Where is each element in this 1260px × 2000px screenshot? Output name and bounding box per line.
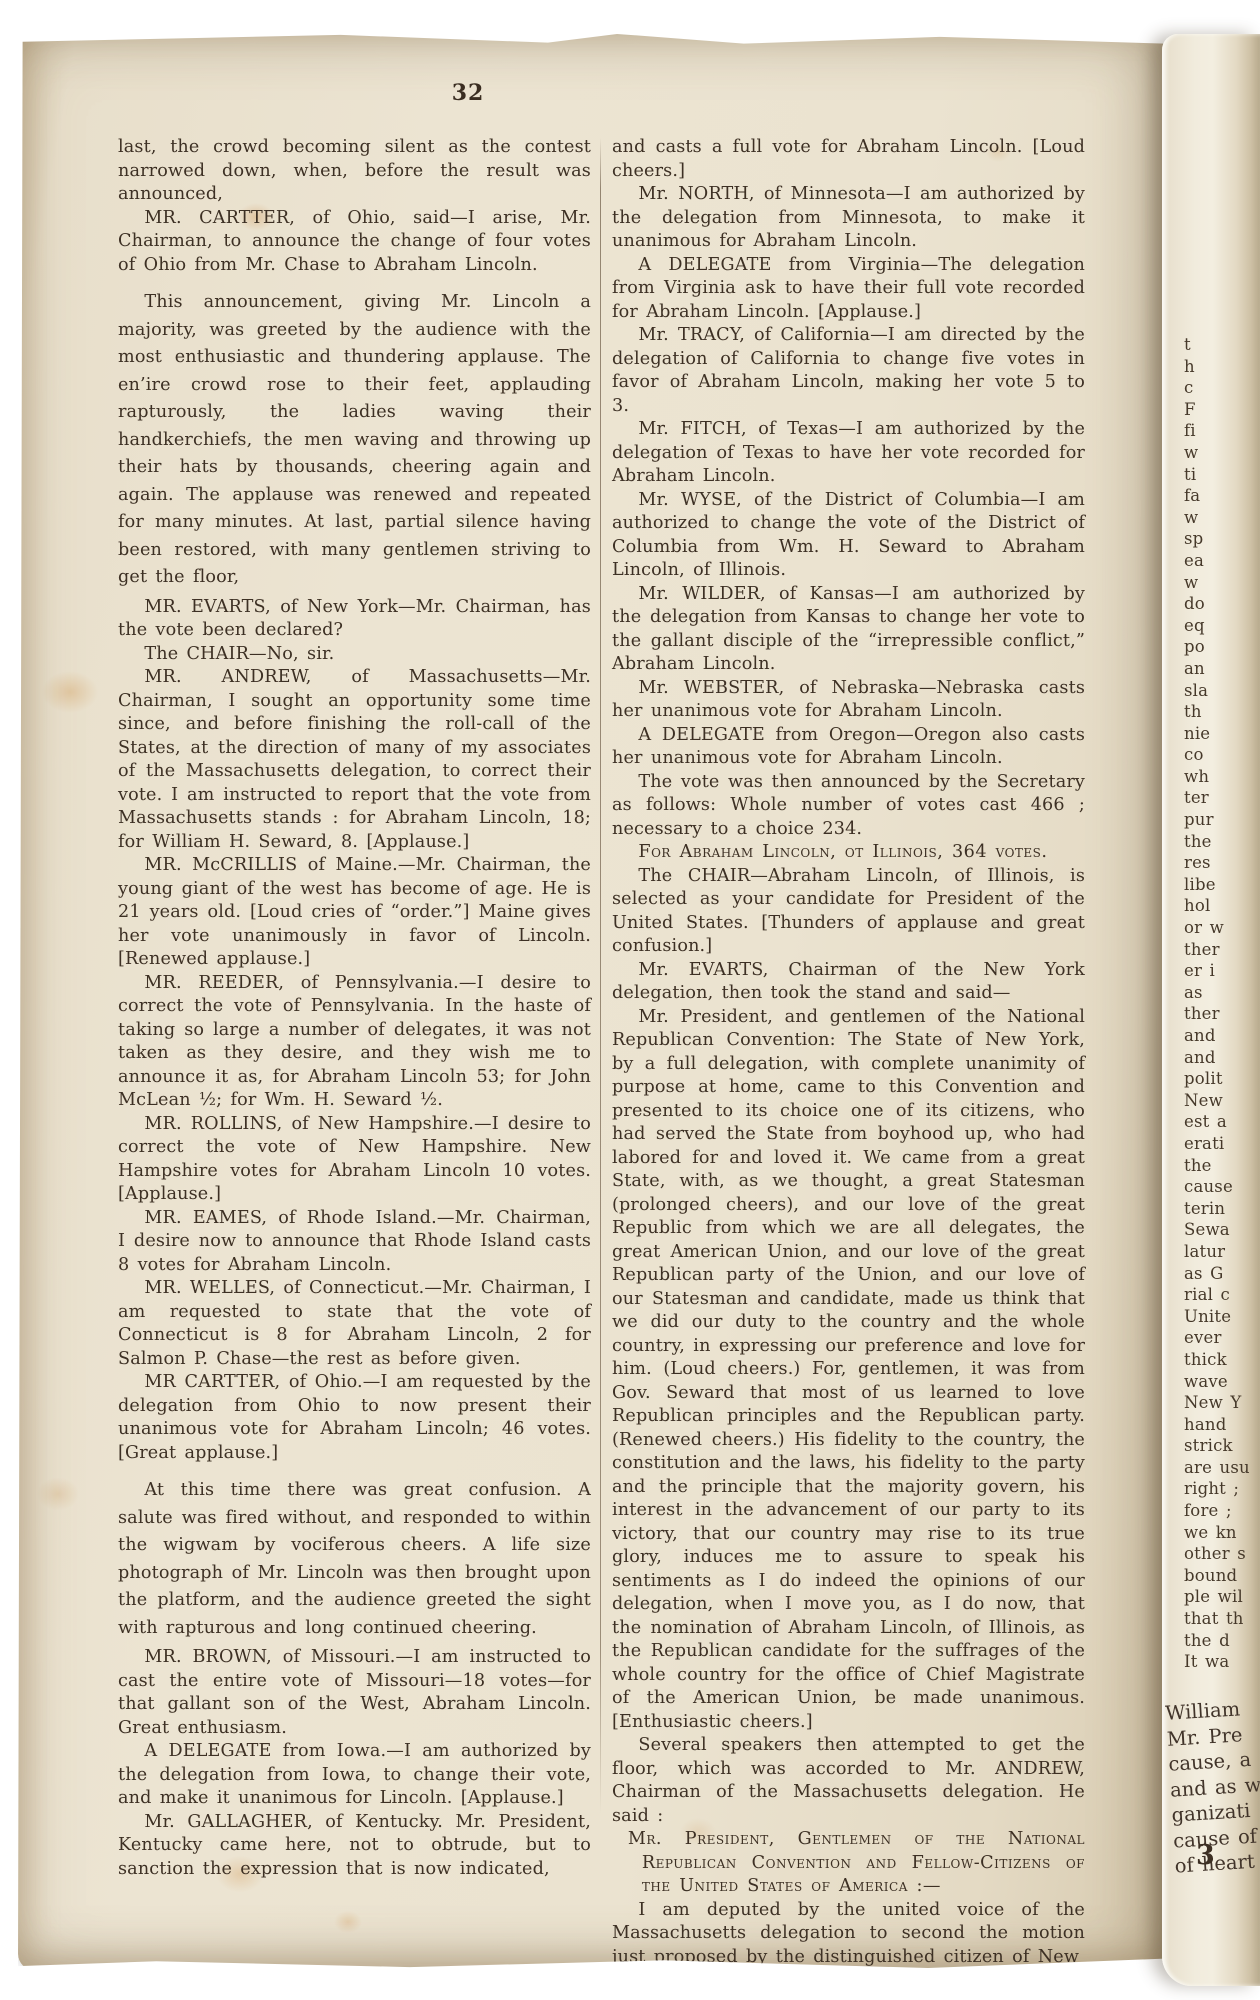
paragraph: MR. BROWN, of Missouri.—I am instructed … bbox=[118, 1646, 591, 1740]
text-fragment: erati bbox=[1184, 1133, 1258, 1155]
scanned-document: { "page": { "number": "32", "signature":… bbox=[0, 0, 1260, 2000]
text-fragment: terin bbox=[1184, 1198, 1258, 1220]
text-fragment: New Y bbox=[1184, 1392, 1258, 1414]
text-fragment: t bbox=[1184, 334, 1258, 356]
paragraph: Mr. TRACY, of California—I am directed b… bbox=[612, 324, 1085, 418]
paragraph: Mr. WILDER, of Kansas—I am authorized by… bbox=[612, 583, 1085, 677]
text-fragment: fa bbox=[1184, 485, 1258, 507]
paragraph: Mr. EVARTS, Chairman of the New York del… bbox=[612, 959, 1085, 1006]
text-fragment: ever bbox=[1184, 1327, 1258, 1349]
text-fragment: ther bbox=[1184, 1003, 1258, 1025]
text-fragment: F bbox=[1184, 399, 1258, 421]
paragraph: A DELEGATE from Virginia—The delegation … bbox=[612, 254, 1085, 325]
text-fragment: th bbox=[1184, 701, 1258, 723]
text-fragment: or w bbox=[1184, 917, 1258, 939]
text-fragment: the bbox=[1184, 1155, 1258, 1177]
text-fragment: pur bbox=[1184, 809, 1258, 831]
paragraph: MR. McCRILLIS of Maine.—Mr. Chairman, th… bbox=[118, 854, 591, 972]
text-fragment: cause bbox=[1184, 1176, 1258, 1198]
text-fragment: co bbox=[1184, 744, 1258, 766]
text-fragment: right ; bbox=[1184, 1478, 1258, 1500]
paragraph: and casts a full vote for Abraham Lincol… bbox=[612, 136, 1085, 183]
paragraph: Mr. President, Gentlemen of the National… bbox=[612, 1828, 1085, 1899]
text-fragment: res bbox=[1184, 852, 1258, 874]
book-page: 32 last, the crowd becoming silent as th… bbox=[18, 32, 1170, 1970]
text-fragment: polit bbox=[1184, 1068, 1258, 1090]
paragraph: Mr. WEBSTER, of Nebraska—Nebraska casts … bbox=[612, 677, 1085, 724]
column-divider bbox=[600, 138, 601, 1814]
paragraph: The vote was then announced by the Secre… bbox=[612, 771, 1085, 842]
next-page-edge: thcFfiwtifawspeawdoeqpoanslathniecowhter… bbox=[1162, 34, 1260, 1986]
paragraph: MR. REEDER, of Pennsylvania.—I desire to… bbox=[118, 972, 591, 1113]
text-fragment: sla bbox=[1184, 680, 1258, 702]
text-fragment: Sewa bbox=[1184, 1219, 1258, 1241]
left-column: last, the crowd becoming silent as the c… bbox=[118, 136, 591, 1881]
text-fragment: fore ; bbox=[1184, 1500, 1258, 1522]
page-number: 32 bbox=[418, 80, 518, 106]
text-fragment: the bbox=[1184, 831, 1258, 853]
right-column: and casts a full vote for Abraham Lincol… bbox=[612, 136, 1085, 1969]
text-fragment: of heart bbox=[1174, 1848, 1260, 1879]
paragraph: Mr. WYSE, of the District of Columbia—I … bbox=[612, 489, 1085, 583]
paragraph: MR. ANDREW, of Massachusetts—Mr. Chairma… bbox=[118, 666, 591, 854]
text-fragment: ter bbox=[1184, 787, 1258, 809]
text-fragment: that th bbox=[1184, 1608, 1258, 1630]
text-fragment: as G bbox=[1184, 1263, 1258, 1285]
text-fragment: and bbox=[1184, 1025, 1258, 1047]
paragraph: This announcement, giving Mr. Lincoln a … bbox=[118, 289, 591, 592]
text-fragment: eq bbox=[1184, 615, 1258, 637]
text-fragment: Unite bbox=[1184, 1306, 1258, 1328]
text-fragment: er i bbox=[1184, 960, 1258, 982]
text-fragment: rial c bbox=[1184, 1284, 1258, 1306]
text-fragment: do bbox=[1184, 593, 1258, 615]
text-fragment: ple wil bbox=[1184, 1586, 1258, 1608]
text-fragment: wh bbox=[1184, 766, 1258, 788]
text-fragment: other s bbox=[1184, 1543, 1258, 1565]
paragraph: A DELEGATE from Iowa.—I am authorized by… bbox=[118, 1740, 591, 1811]
text-fragment: c bbox=[1184, 377, 1258, 399]
paragraph: MR. EVARTS, of New York—Mr. Chairman, ha… bbox=[118, 596, 591, 643]
text-fragment: bound bbox=[1184, 1565, 1258, 1587]
text-fragment: and bbox=[1184, 1047, 1258, 1069]
text-fragment: est a bbox=[1184, 1111, 1258, 1133]
paragraph: Mr. FITCH, of Texas—I am authorized by t… bbox=[612, 418, 1085, 489]
paragraph: last, the crowd becoming silent as the c… bbox=[118, 136, 591, 207]
paragraph: MR CARTTER, of Ohio.—I am requested by t… bbox=[118, 1371, 591, 1465]
text-fragment: ther bbox=[1184, 939, 1258, 961]
text-fragment: nie bbox=[1184, 723, 1258, 745]
text-fragment: fi bbox=[1184, 420, 1258, 442]
text-fragment: It wa bbox=[1184, 1651, 1258, 1673]
text-fragment: libe bbox=[1184, 874, 1258, 896]
text-fragment: sp bbox=[1184, 528, 1258, 550]
text-fragment: latur bbox=[1184, 1241, 1258, 1263]
paragraph: Mr. GALLAGHER, of Kentucky. Mr. Presiden… bbox=[118, 1811, 591, 1882]
text-fragment: we kn bbox=[1184, 1522, 1258, 1544]
text-fragment: ea bbox=[1184, 550, 1258, 572]
text-fragment: ti bbox=[1184, 464, 1258, 486]
text-fragment: w bbox=[1184, 507, 1258, 529]
text-fragment: hol bbox=[1184, 895, 1258, 917]
text-fragment: h bbox=[1184, 356, 1258, 378]
signature-number: 3 bbox=[1196, 1840, 1215, 1871]
text-fragment: an bbox=[1184, 658, 1258, 680]
paragraph: MR. EAMES, of Rhode Island.—Mr. Chairman… bbox=[118, 1207, 591, 1278]
text-fragment: strick bbox=[1184, 1435, 1258, 1457]
paragraph: Mr. NORTH, of Minnesota—I am authorized … bbox=[612, 183, 1085, 254]
text-fragment: wave bbox=[1184, 1371, 1258, 1393]
paragraph: MR. ROLLINS, of New Hampshire.—I desire … bbox=[118, 1113, 591, 1207]
paragraph: At this time there was great confusion. … bbox=[118, 1477, 591, 1642]
text-fragment: thick bbox=[1184, 1349, 1258, 1371]
paragraph: MR. WELLES, of Connecticut.—Mr. Chairman… bbox=[118, 1277, 591, 1371]
text-fragment: New bbox=[1184, 1090, 1258, 1112]
paragraph: Several speakers then attempted to get t… bbox=[612, 1734, 1085, 1828]
paragraph: MR. CARTTER, of Ohio, said—I arise, Mr. … bbox=[118, 207, 591, 278]
paragraph: Mr. President, and gentlemen of the Nati… bbox=[612, 1006, 1085, 1735]
text-fragment: w bbox=[1184, 442, 1258, 464]
text-fragment: po bbox=[1184, 636, 1258, 658]
paragraph: The CHAIR—Abraham Lincoln, of Illinois, … bbox=[612, 865, 1085, 959]
text-fragment: as bbox=[1184, 982, 1258, 1004]
paragraph: The CHAIR—No, sir. bbox=[118, 643, 591, 667]
text-fragment: hand bbox=[1184, 1414, 1258, 1436]
next-page-text-fragments: thcFfiwtifawspeawdoeqpoanslathniecowhter… bbox=[1184, 334, 1258, 1673]
text-fragment: are usu bbox=[1184, 1457, 1258, 1479]
text-fragment: the d bbox=[1184, 1630, 1258, 1652]
text-fragment: w bbox=[1184, 572, 1258, 594]
paragraph: A DELEGATE from Oregon—Oregon also casts… bbox=[612, 724, 1085, 771]
paragraph: I am deputed by the united voice of the … bbox=[612, 1899, 1085, 1970]
paragraph: For Abraham Lincoln, ot Illinois, 364 vo… bbox=[612, 841, 1085, 865]
